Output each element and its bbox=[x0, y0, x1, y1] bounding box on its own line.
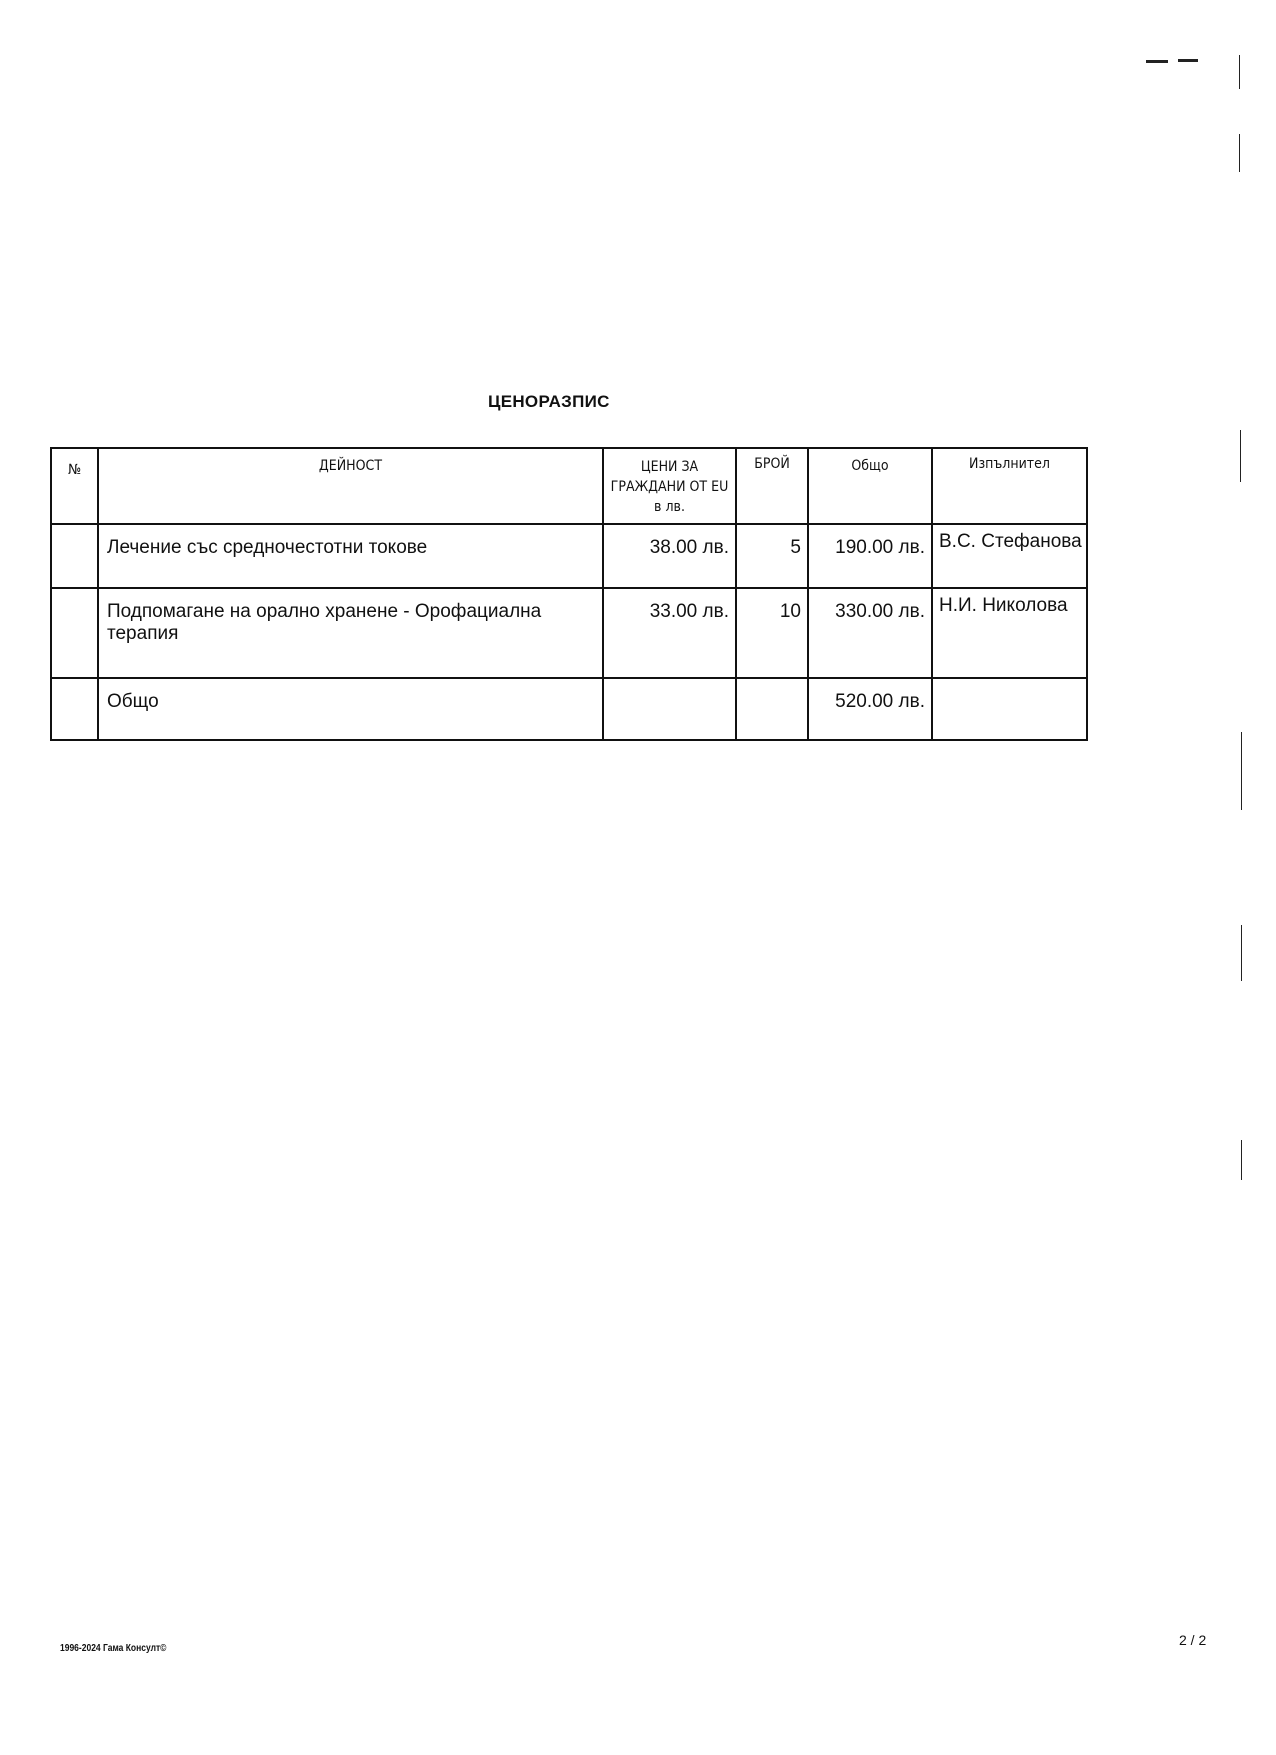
row-no bbox=[51, 588, 98, 678]
header-activity: ДЕЙНОСТ bbox=[123, 448, 578, 524]
scan-artifact-mark bbox=[1241, 1140, 1242, 1180]
header-count: БРОЙ bbox=[740, 448, 805, 524]
scan-artifact-mark bbox=[1239, 134, 1240, 172]
summary-total: 520.00 лв. bbox=[808, 678, 932, 740]
row-price: 33.00 лв. bbox=[603, 588, 736, 678]
price-list-table: № ДЕЙНОСТ ЦЕНИ ЗА ГРАЖДАНИ ОТ EU в лв. Б… bbox=[50, 447, 1088, 741]
scan-artifact-mark bbox=[1240, 430, 1241, 482]
table-header-row: № ДЕЙНОСТ ЦЕНИ ЗА ГРАЖДАНИ ОТ EU в лв. Б… bbox=[51, 448, 1087, 524]
document-page: ЦЕНОРАЗПИС № ДЕЙНОСТ ЦЕНИ ЗА ГРАЖДАНИ ОТ… bbox=[0, 0, 1276, 1755]
scan-artifact-mark bbox=[1241, 925, 1242, 981]
header-total: Общо bbox=[814, 448, 926, 524]
row-no bbox=[51, 524, 98, 588]
footer-copyright: 1996-2024 Гама Консулт© bbox=[60, 1643, 166, 1654]
summary-executor bbox=[932, 678, 1087, 740]
summary-no bbox=[51, 678, 98, 740]
summary-label: Общо bbox=[98, 678, 603, 740]
row-activity: Лечение със средночестотни токове bbox=[98, 524, 603, 588]
table-row: Подпомагане на орално хранене - Орофациа… bbox=[51, 588, 1087, 678]
page-number: 2 / 2 bbox=[1179, 1632, 1206, 1648]
header-executor: Изпълнител bbox=[940, 448, 1080, 524]
summary-count bbox=[736, 678, 808, 740]
scan-artifact-mark bbox=[1241, 732, 1242, 810]
row-count: 10 bbox=[736, 588, 808, 678]
summary-price bbox=[603, 678, 736, 740]
document-title: ЦЕНОРАЗПИС bbox=[488, 392, 610, 412]
row-count: 5 bbox=[736, 524, 808, 588]
row-price: 38.00 лв. bbox=[603, 524, 736, 588]
scan-artifact-mark bbox=[1178, 59, 1198, 62]
table-summary-row: Общо 520.00 лв. bbox=[51, 678, 1087, 740]
header-price: ЦЕНИ ЗА ГРАЖДАНИ ОТ EU в лв. bbox=[610, 448, 730, 524]
row-executor: В.С. Стефанова bbox=[932, 524, 1087, 588]
row-executor: Н.И. Николова bbox=[932, 588, 1087, 678]
scan-artifact-mark bbox=[1146, 60, 1168, 63]
table-row: Лечение със средночестотни токове 38.00 … bbox=[51, 524, 1087, 588]
scan-artifact-mark bbox=[1239, 55, 1240, 89]
row-total: 190.00 лв. bbox=[808, 524, 932, 588]
row-total: 330.00 лв. bbox=[808, 588, 932, 678]
row-activity: Подпомагане на орално хранене - Орофациа… bbox=[98, 588, 603, 678]
header-no: № bbox=[53, 448, 95, 524]
